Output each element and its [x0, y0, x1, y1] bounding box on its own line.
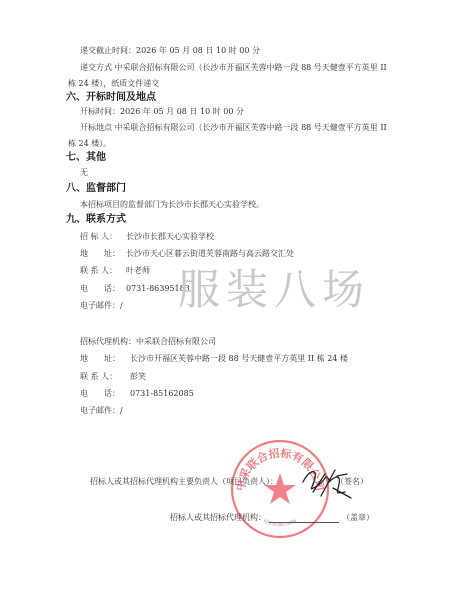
agency-email: 电子邮件：/ [80, 406, 123, 416]
tenderer-address-label: 地 址： [80, 249, 126, 259]
tenderer-phone-label: 电 话： [80, 284, 126, 294]
submission-method-continued: 栋 24 楼），纸质文件递交 [68, 79, 159, 89]
section-9-heading: 九、联系方式 [66, 214, 126, 226]
tenderer-contact-label: 联 系 人： [80, 266, 126, 276]
agency-address-label: 地 址： [80, 354, 130, 364]
agency-contact-label: 联 系 人： [80, 372, 130, 382]
agency-email-label: 电子邮件： [80, 406, 120, 415]
agency-name-label: 招标代理机构： [80, 337, 136, 346]
opening-time: 开标时间：2026 年 05 月 08 日 10 时 00 分 [80, 107, 244, 117]
method-label: 递交方式 [80, 63, 112, 72]
signer-label: 招标人或其招标代理机构主要负责人（项目负责人）： [90, 477, 278, 486]
agency-phone-label: 电 话： [80, 389, 130, 399]
tenderer-phone: 电 话：0731-86395183 [80, 284, 190, 294]
tenderer-email: 电子邮件：/ [80, 301, 123, 311]
agency-phone: 电 话：0731-85162085 [80, 389, 194, 399]
deadline-value: 2026 年 05 月 08 日 10 时 00 分 [136, 46, 260, 55]
section-6-heading: 六、开标时间及地点 [66, 92, 156, 104]
agency-email-value: / [120, 406, 123, 415]
deadline-label: 递交截止时间： [80, 46, 136, 55]
opening-place-value: 中采联合招标有限公司（长沙市开福区芙蓉中路一段 88 号天健壹平方英里 II [115, 123, 387, 132]
submission-method: 递交方式 中采联合招标有限公司（长沙市开福区芙蓉中路一段 88 号天健壹平方英里… [80, 63, 387, 73]
section-7-content: 无 [80, 168, 88, 178]
tenderer-contact: 联 系 人：叶老师 [80, 266, 150, 276]
agency-name-value: 中采联合招标有限公司 [136, 337, 216, 346]
tenderer-address: 地 址：长沙市天心区暮云街道芙蓉南路与高云路交汇处 [80, 249, 294, 259]
agency-contact: 联 系 人：彭笑 [80, 372, 146, 382]
seal-suffix: （盖章） [342, 513, 374, 522]
seal-label: 招标人或其招标代理机构： [170, 513, 266, 522]
section-8-content: 本招标项目的监督部门为长沙市长郡天心实验学校。 [80, 200, 264, 210]
method-value: 中采联合招标有限公司（长沙市开福区芙蓉中路一段 88 号天健壹平方英里 II [115, 63, 387, 72]
agency-name: 招标代理机构：中采联合招标有限公司 [80, 337, 216, 347]
submission-deadline: 递交截止时间：2026 年 05 月 08 日 10 时 00 分 [80, 46, 260, 56]
watermark: 服装八场 [178, 267, 370, 313]
opening-place: 开标地点 中采联合招标有限公司（长沙市开福区芙蓉中路一段 88 号天健壹平方英里… [80, 123, 387, 133]
handwritten-signature [295, 462, 355, 502]
tenderer-email-value: / [120, 301, 123, 310]
agency-address: 地 址：长沙市开福区芙蓉中路一段 88 号天健壹平方英里 II 栋 24 楼 [80, 354, 348, 364]
seal-line: 招标人或其招标代理机构：（盖章） [170, 513, 374, 523]
agency-address-value: 长沙市开福区芙蓉中路一段 88 号天健壹平方英里 II 栋 24 楼 [130, 354, 348, 363]
opening-time-value: 2026 年 05 月 08 日 10 时 00 分 [120, 107, 244, 116]
seal-blank [269, 514, 339, 523]
tenderer-name-label: 招 标 人： [80, 232, 126, 242]
tenderer-name-value: 长沙市长郡天心实验学校 [126, 232, 214, 241]
opening-place-continued: 栋 24 楼）。 [68, 139, 111, 149]
agency-phone-value: 0731-85162085 [130, 389, 194, 398]
opening-place-label: 开标地点 [80, 123, 112, 132]
opening-time-label: 开标时间： [80, 107, 120, 116]
agency-contact-value: 彭笑 [130, 372, 146, 381]
tenderer-contact-value: 叶老师 [126, 266, 150, 275]
section-7-heading: 七、其他 [66, 152, 106, 164]
tenderer-address-value: 长沙市天心区暮云街道芙蓉南路与高云路交汇处 [126, 249, 294, 258]
tenderer-email-label: 电子邮件： [80, 301, 120, 310]
section-8-heading: 八、监督部门 [66, 183, 126, 195]
tenderer-name: 招 标 人：长沙市长郡天心实验学校 [80, 232, 214, 242]
